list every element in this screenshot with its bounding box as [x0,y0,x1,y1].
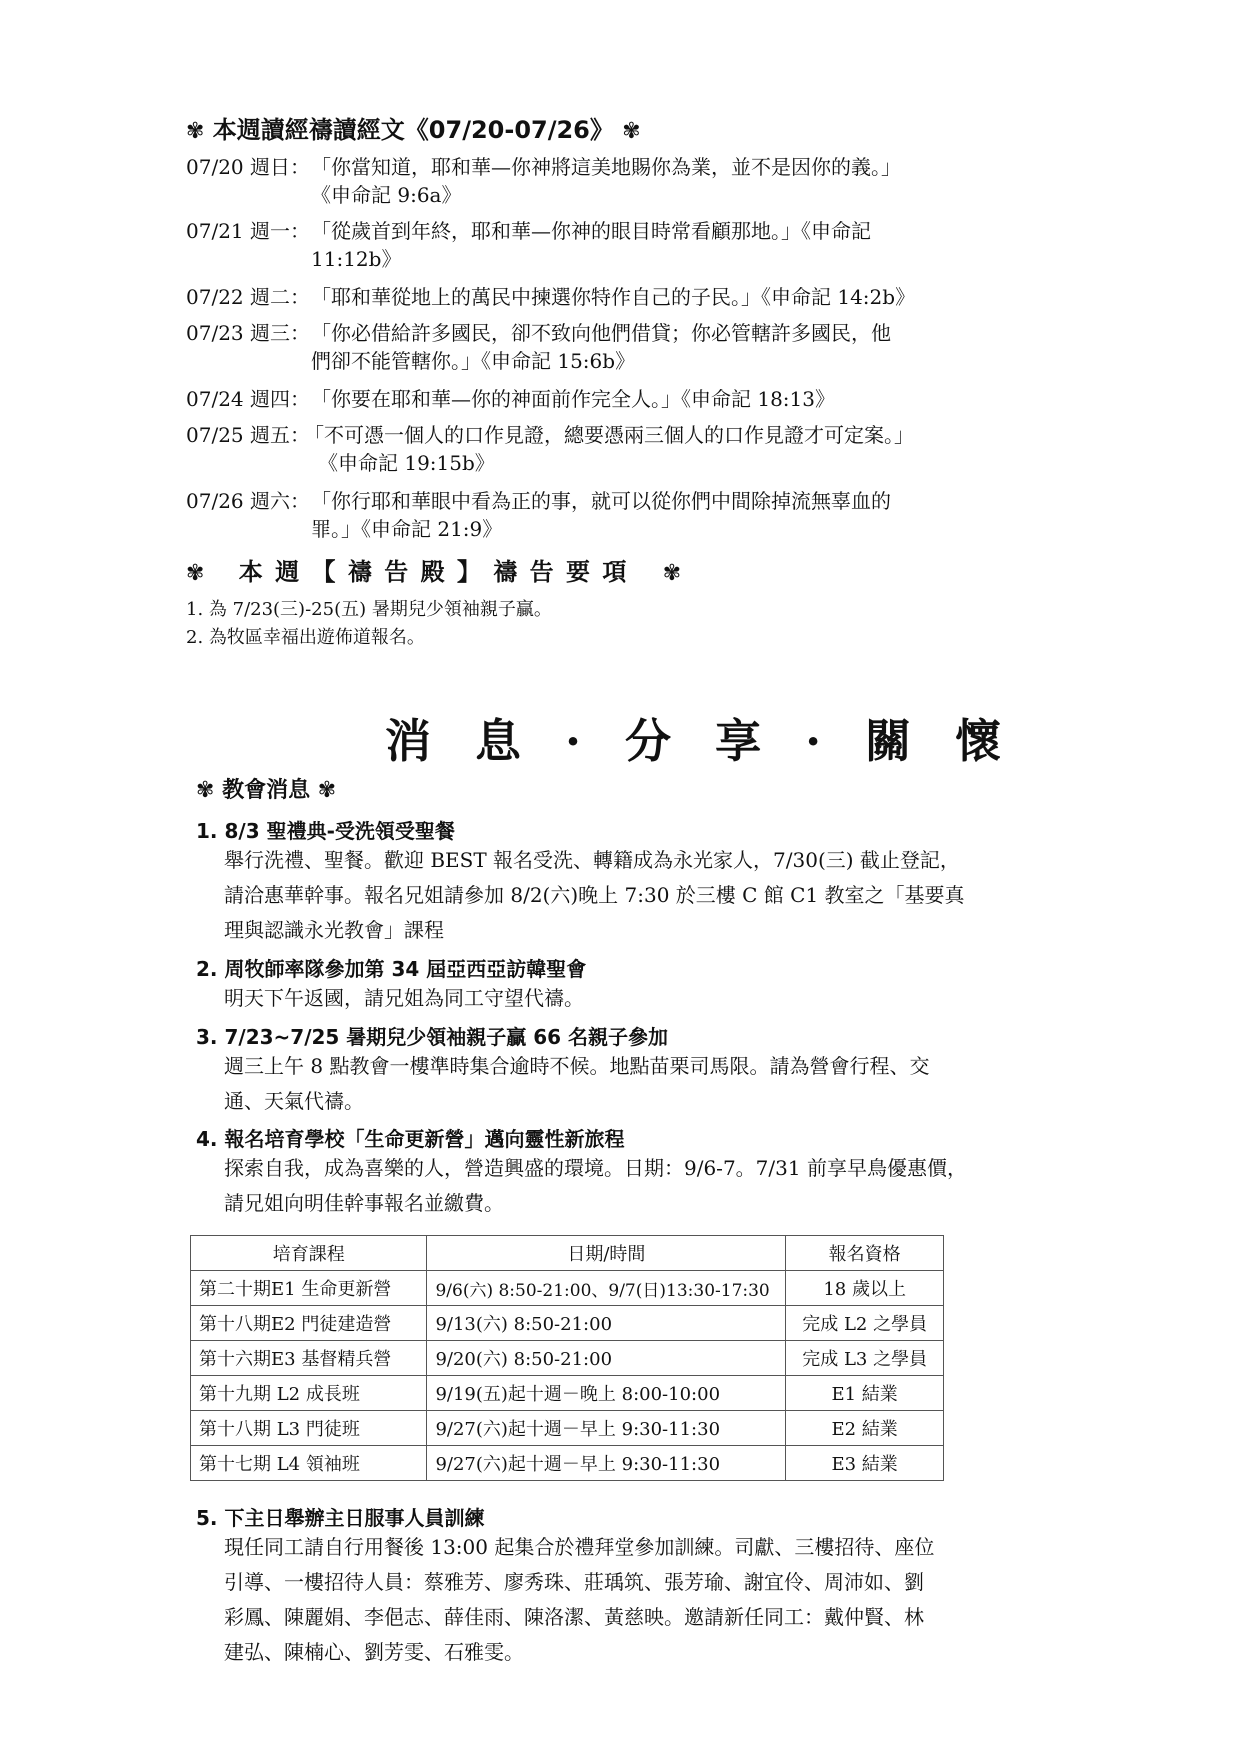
reading-entry: 07/24 週四： 「你要在耶和華—你的神面前作完全人。」《申命記 18:13》 [186,385,1086,413]
news-line: 建弘、陳楠心、劉芳雯、石雅雯。 [224,1635,934,1670]
reading-date: 07/20 週日： [186,153,310,181]
reading-date: 07/21 週一： [186,217,310,245]
reading-entry: 07/21 週一： 「從歲首到年終，耶和華—你神的眼目時常看顧那地。」《申命記 … [186,217,1086,273]
news-item-body: 舉行洗禮、聖餐。歡迎 BEST 報名受洗、轉籍成為永光家人，7/30(三) 截止… [224,843,965,948]
reading-verse: 「你必借給許多國民，卻不致向他們借貸；你必管轄許多國民，他 [311,319,891,347]
reading-date: 07/24 週四： [186,385,310,413]
course-cell: 第十七期 L4 領袖班 [191,1446,427,1481]
schedule-table: 培育課程 日期/時間 報名資格 第二十期E1 生命更新營 9/6(六) 8:50… [190,1235,944,1481]
reading-entry: 07/20 週日： 「你當知道，耶和華—你神將這美地賜你為業，並不是因你的義。」… [186,153,1086,209]
table-row: 第十六期E3 基督精兵營 9/20(六) 8:50-21:00 完成 L3 之學… [191,1341,944,1376]
flower-icon: ✾ [186,119,204,144]
news-line: 彩鳳、陳麗娟、李俋志、薛佳雨、陳洛潔、黃慈映。邀請新任同工：戴仲賢、林 [224,1600,934,1635]
prayer-section-title: ✾ 本 週 【 禱 告 殿 】 禱 告 要 項 ✾ [186,552,681,587]
news-item-body: 明天下午返國，請兄姐為同工守望代禱。 [224,981,584,1016]
eligibility-cell: 完成 L2 之學員 [786,1306,944,1341]
reading-date: 07/22 週二： [186,283,310,311]
date-cell: 9/13(六) 8:50-21:00 [427,1306,786,1341]
reading-reference: 11:12b》 [311,245,401,273]
table-row: 第十八期 L3 門徒班 9/27(六)起十週－早上 9:30-11:30 E2 … [191,1411,944,1446]
reading-verse: 「耶和華從地上的萬民中揀選你特作自己的子民。」《申命記 14:2b》 [311,283,915,311]
table-row: 第二十期E1 生命更新營 9/6(六) 8:50-21:00、9/7(日)13:… [191,1271,944,1306]
table-row: 第十七期 L4 領袖班 9/27(六)起十週－早上 9:30-11:30 E3 … [191,1446,944,1481]
news-line: 請兄姐向明佳幹事報名並繳費。 [224,1186,967,1221]
course-cell: 第十六期E3 基督精兵營 [191,1341,427,1376]
course-cell: 第二十期E1 生命更新營 [191,1271,427,1306]
news-line: 現任同工請自行用餐後 13:00 起集合於禮拜堂參加訓練。司獻、三樓招待、座位 [224,1530,934,1565]
reading-date: 07/26 週六： [186,487,310,515]
news-line: 舉行洗禮、聖餐。歡迎 BEST 報名受洗、轉籍成為永光家人，7/30(三) 截止… [224,843,965,878]
reading-entry: 07/22 週二： 「耶和華從地上的萬民中揀選你特作自己的子民。」《申命記 14… [186,283,1086,311]
eligibility-cell: 完成 L3 之學員 [786,1341,944,1376]
reading-reference: 罪。」《申命記 21:9》 [311,515,502,543]
prayer-title-text: 本 週 【 禱 告 殿 】 禱 告 要 項 [239,558,629,586]
reading-date: 07/25 週五： [186,421,310,449]
news-item-heading: 4. 報名培育學校「生命更新營」邁向靈性新旅程 [196,1123,624,1152]
reading-reference: 《申命記 9:6a》 [311,181,461,209]
reading-date: 07/23 週三： [186,319,310,347]
church-news-title-text: 教會消息 [222,778,310,803]
reading-section-title: ✾ 本週讀經禱讀經文《07/20-07/26》 ✾ [186,110,641,145]
date-cell: 9/27(六)起十週－早上 9:30-11:30 [427,1446,786,1481]
news-line: 明天下午返國，請兄姐為同工守望代禱。 [224,981,584,1016]
course-cell: 第十九期 L2 成長班 [191,1376,427,1411]
table-row: 第十八期E2 門徒建造營 9/13(六) 8:50-21:00 完成 L2 之學… [191,1306,944,1341]
table-row: 第十九期 L2 成長班 9/19(五)起十週－晚上 8:00-10:00 E1 … [191,1376,944,1411]
page-title: 消 息 · 分 享 · 關 懷 [385,705,1015,771]
prayer-item: 2. 為牧區幸福出遊佈道報名。 [186,625,425,651]
date-cell: 9/27(六)起十週－早上 9:30-11:30 [427,1411,786,1446]
reading-verse: 「不可憑一個人的口作見證，總要憑兩三個人的口作見證才可定案。」 [304,421,914,449]
reading-entry: 07/26 週六： 「你行耶和華眼中看為正的事，就可以從你們中間除掉流無辜血的 … [186,487,1086,543]
news-line: 引導、一樓招待人員：蔡雅芳、廖秀珠、莊瑀筑、張芳瑜、謝宜伶、周沛如、劉 [224,1565,934,1600]
reading-entry: 07/25 週五： 「不可憑一個人的口作見證，總要憑兩三個人的口作見證才可定案。… [186,421,1086,477]
news-line: 通、天氣代禱。 [224,1084,929,1119]
reading-title-text: 本週讀經禱讀經文《07/20-07/26》 [213,116,614,144]
news-line: 理與認識永光教會」課程 [224,913,965,948]
date-cell: 9/20(六) 8:50-21:00 [427,1341,786,1376]
date-cell: 9/19(五)起十週－晚上 8:00-10:00 [427,1376,786,1411]
eligibility-cell: 18 歲以上 [786,1271,944,1306]
eligibility-cell: E2 結業 [786,1411,944,1446]
table-header-row: 培育課程 日期/時間 報名資格 [191,1236,944,1271]
reading-reference: 《申命記 19:15b》 [318,449,495,477]
flower-icon: ✾ [196,778,214,803]
table-header: 報名資格 [786,1236,944,1271]
reading-verse: 「你要在耶和華—你的神面前作完全人。」《申命記 18:13》 [311,385,835,413]
course-cell: 第十八期E2 門徒建造營 [191,1306,427,1341]
flower-icon: ✾ [622,119,640,144]
reading-verse: 「你當知道，耶和華—你神將這美地賜你為業，並不是因你的義。」 [311,153,901,181]
course-cell: 第十八期 L3 門徒班 [191,1411,427,1446]
news-line: 請洽惠華幹事。報名兄姐請參加 8/2(六)晚上 7:30 於三樓 C 館 C1 … [224,878,965,913]
news-line: 探索自我，成為喜樂的人，營造興盛的環境。日期：9/6-7。7/31 前享早鳥優惠… [224,1151,967,1186]
church-news-title: ✾ 教會消息 ✾ [196,773,336,804]
news-item-heading: 1. 8/3 聖禮典-受洗領受聖餐 [196,815,455,844]
reading-verse: 「你行耶和華眼中看為正的事，就可以從你們中間除掉流無辜血的 [311,487,891,515]
date-cell: 9/6(六) 8:50-21:00、9/7(日)13:30-17:30 [427,1271,786,1306]
table-header: 日期/時間 [427,1236,786,1271]
flower-icon: ✾ [663,561,681,586]
eligibility-cell: E3 結業 [786,1446,944,1481]
eligibility-cell: E1 結業 [786,1376,944,1411]
news-item-heading: 2. 周牧師率隊參加第 34 屆亞西亞訪韓聖會 [196,953,586,982]
news-item-body: 週三上午 8 點教會一樓準時集合逾時不候。地點苗栗司馬限。請為營會行程、交 通、… [224,1049,929,1119]
flower-icon: ✾ [318,778,336,803]
news-item-heading: 5. 下主日舉辦主日服事人員訓練 [196,1502,484,1531]
reading-reference: 們卻不能管轄你。」《申命記 15:6b》 [311,347,635,375]
flower-icon: ✾ [186,561,204,586]
reading-verse: 「從歲首到年終，耶和華—你神的眼目時常看顧那地。」《申命記 [311,217,871,245]
table-header: 培育課程 [191,1236,427,1271]
prayer-item: 1. 為 7/23(三)-25(五) 暑期兒少領袖親子贏。 [186,597,552,623]
reading-entry: 07/23 週三： 「你必借給許多國民，卻不致向他們借貸；你必管轄許多國民，他 … [186,319,1086,375]
news-line: 週三上午 8 點教會一樓準時集合逾時不候。地點苗栗司馬限。請為營會行程、交 [224,1049,929,1084]
news-item-heading: 3. 7/23~7/25 暑期兒少領袖親子贏 66 名親子參加 [196,1021,668,1050]
news-item-body: 現任同工請自行用餐後 13:00 起集合於禮拜堂參加訓練。司獻、三樓招待、座位 … [224,1530,934,1670]
news-item-body: 探索自我，成為喜樂的人，營造興盛的環境。日期：9/6-7。7/31 前享早鳥優惠… [224,1151,967,1221]
